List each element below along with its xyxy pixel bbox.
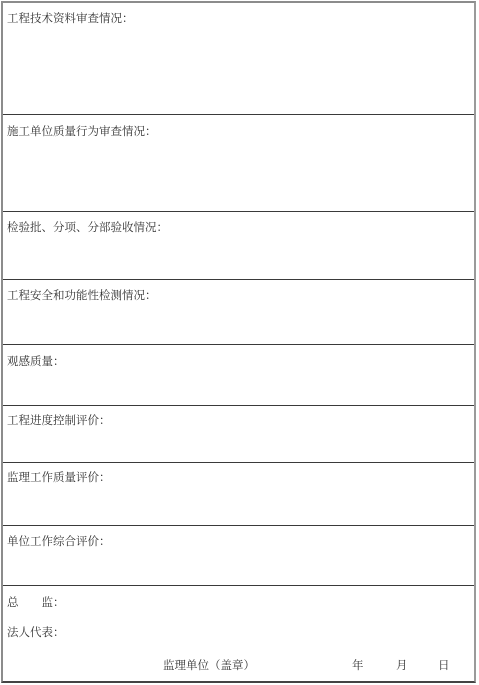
section-appearance-quality: 观感质量： — [3, 345, 474, 406]
section-label: 工程安全和功能性检测情况： — [7, 288, 157, 302]
supervision-unit-stamp-label: 监理单位（盖章） — [163, 658, 255, 672]
supervision-quality-evaluation-field[interactable] — [7, 489, 470, 521]
section-schedule-control-evaluation: 工程进度控制评价： — [3, 406, 474, 463]
section-label: 检验批、分项、分部验收情况： — [7, 220, 168, 234]
schedule-control-evaluation-field[interactable] — [7, 432, 470, 458]
month-label: 月 — [396, 658, 408, 672]
appearance-quality-field[interactable] — [7, 371, 470, 401]
section-label: 施工单位质量行为审查情况： — [7, 124, 157, 138]
section-label: 监理工作质量评价： — [7, 470, 111, 484]
chief-supervisor-label: 总 监： — [7, 595, 65, 609]
section-inspection-acceptance: 检验批、分项、分部验收情况： — [3, 212, 474, 280]
inspection-acceptance-field[interactable] — [7, 238, 470, 275]
section-supervision-quality-evaluation: 监理工作质量评价： — [3, 463, 474, 526]
year-label: 年 — [352, 658, 364, 672]
section-label: 工程进度控制评价： — [7, 413, 111, 427]
section-label: 单位工作综合评价： — [7, 534, 111, 548]
unit-overall-evaluation-field[interactable] — [7, 552, 470, 581]
legal-representative-label: 法人代表： — [7, 625, 65, 639]
evaluation-form-table: 工程技术资料审查情况： 施工单位质量行为审查情况： 检验批、分项、分部验收情况：… — [1, 1, 476, 683]
day-label: 日 — [438, 658, 450, 672]
tech-docs-review-field[interactable] — [7, 29, 470, 110]
section-unit-overall-evaluation: 单位工作综合评价： — [3, 526, 474, 586]
safety-function-testing-field[interactable] — [7, 306, 470, 340]
signature-section: 总 监： 法人代表： 监理单位（盖章） 年 月 日 — [3, 586, 474, 682]
section-label: 观感质量： — [7, 354, 65, 368]
contractor-quality-review-field[interactable] — [7, 141, 470, 207]
section-contractor-quality-review: 施工单位质量行为审查情况： — [3, 115, 474, 212]
section-label: 工程技术资料审查情况： — [7, 11, 134, 25]
section-tech-docs-review: 工程技术资料审查情况： — [3, 3, 474, 115]
section-safety-function-testing: 工程安全和功能性检测情况： — [3, 280, 474, 345]
